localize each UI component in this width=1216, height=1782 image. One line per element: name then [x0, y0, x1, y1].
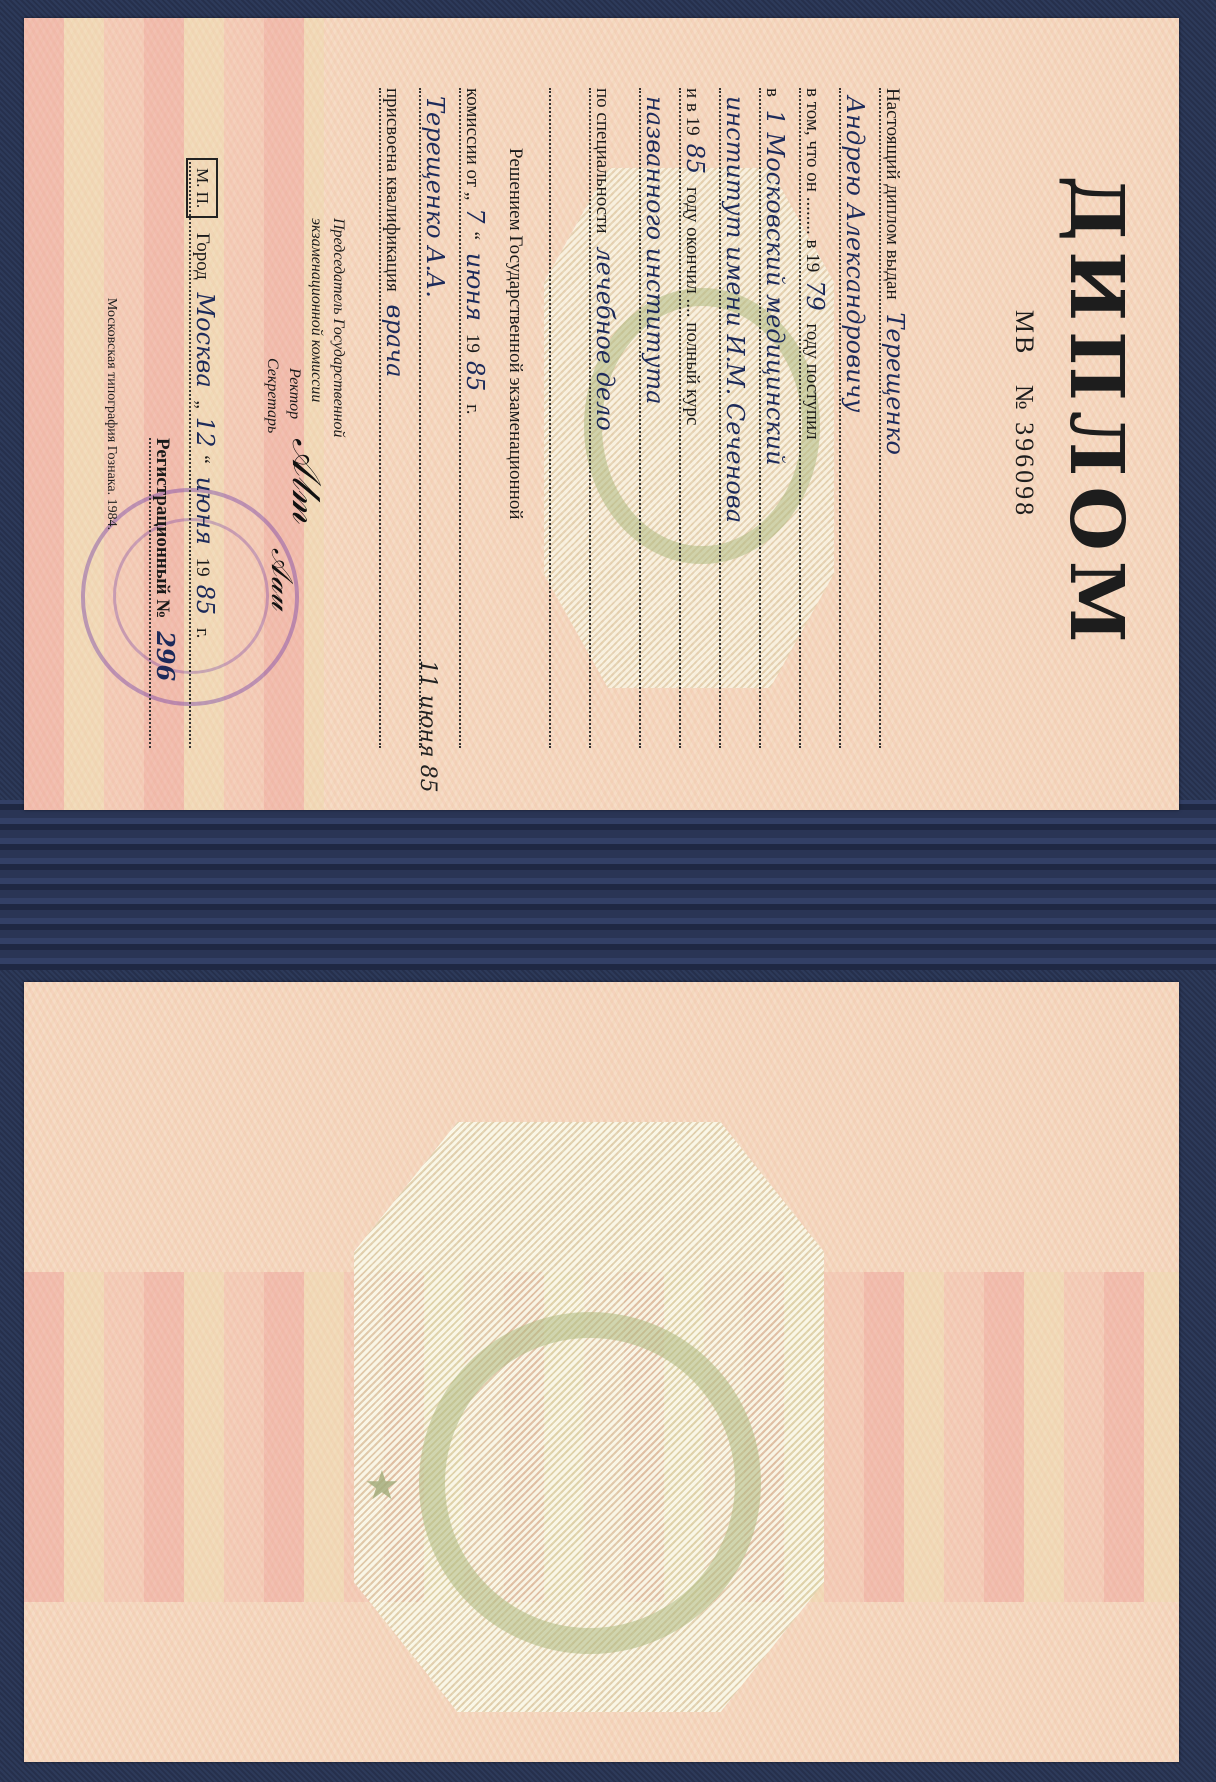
line-name: Андрею Александровичу [839, 88, 869, 748]
entry-year: 79 [801, 272, 829, 319]
city: Москва [191, 285, 219, 396]
label: и в 19 [682, 88, 703, 136]
diploma-number: 396098 [1010, 422, 1039, 518]
line-institution-2: институт имени И.М. Сеченова [719, 88, 749, 748]
qualification: врача [381, 297, 409, 386]
given-name: Андрею Александровичу [841, 88, 869, 420]
label: Город [192, 233, 213, 280]
label: г. [462, 404, 483, 414]
label: в 19 [802, 239, 823, 272]
issue-year: 85 [191, 577, 219, 624]
line-city-date: М. П. Город Москва „12“ июня 1985 г. [189, 158, 219, 748]
label: году окончил [682, 187, 703, 294]
chair-label-1: Председатель Государственной [327, 218, 349, 778]
recipient-short: Терещенко А.А. [421, 88, 449, 306]
line-entered: в том, что он ........ в 1979 году посту… [799, 88, 829, 748]
label: Регистрационный № [152, 438, 173, 618]
line-institution: в 1 Московский медицинский [759, 88, 789, 748]
surname: Терещенко [881, 304, 909, 463]
diploma-serial: МВ № 396098 [1009, 18, 1039, 810]
line-registration: Регистрационный № 296 [149, 438, 179, 748]
signature-chair: 𝒜𝓁𝓂 [283, 438, 329, 523]
label: г. [192, 628, 213, 638]
decision-month: июня [461, 245, 489, 329]
label: Настоящий диплом выдан [882, 88, 903, 300]
ussr-emblem-icon [419, 1312, 761, 1654]
star-icon: ★ [364, 1462, 400, 1509]
diploma-title: ДИПЛОМ [1053, 18, 1139, 810]
issue-day: 12 [191, 409, 219, 456]
label: Решением Государственной экзаменационной [505, 148, 526, 519]
printer-imprint: Московская типография Гознака. 1984. [103, 18, 119, 810]
line-issued-to: Настоящий диплом выдан Терещенко [879, 88, 909, 748]
secretary-label: Секретарь [261, 218, 283, 778]
number-sign: № [1010, 385, 1039, 413]
course-of: названного института [641, 88, 669, 412]
label: “ [462, 232, 483, 240]
line-recipient: Терещенко А.А. [419, 88, 449, 748]
line-specialty: по специальности лечебное дело [589, 88, 619, 748]
line-decision: Решением Государственной экзаменационной [501, 88, 529, 808]
decision-year: 85 [461, 353, 489, 400]
label: присвоена квалификация [382, 88, 403, 292]
line-blank [549, 88, 579, 748]
graduation-year: 85 [681, 136, 709, 183]
diploma-text-block: ДИПЛОМ МВ № 396098 Настоящий диплом выда… [24, 18, 1179, 810]
label: в том, что он [802, 88, 823, 192]
seal-place: М. П. [186, 158, 218, 218]
institution-name: институт имени И.М. Сеченова [721, 88, 749, 531]
label: году поступил [802, 324, 823, 440]
decision-day: 7 [461, 200, 489, 231]
line-commission-date: комиссии от „7“ июня 1985 г. [459, 88, 489, 748]
institution: 1 Московский медицинский [761, 102, 789, 474]
label: 19 [462, 334, 483, 353]
series: МВ [1010, 310, 1039, 356]
registration-number: 296 [151, 623, 180, 689]
margin-note: 11 июня 85 [415, 660, 440, 793]
label: в [762, 88, 783, 97]
signature-rector: 𝒜𝒶𝓊 [264, 548, 299, 610]
cover-spine [0, 800, 1216, 970]
label: 19 [192, 558, 213, 577]
line-course: названного института [639, 88, 669, 748]
line-qualification: присвоена квалификация врача [379, 88, 409, 748]
specialty: лечебное дело [591, 238, 619, 439]
label: по специальности [592, 88, 613, 234]
issue-month: июня [191, 469, 219, 553]
line-graduated: и в 1985 году окончил .... полный курс [679, 88, 709, 748]
diploma-left-page: ★ [24, 982, 1179, 1762]
label: комиссии от „ [462, 88, 483, 200]
label: полный курс [682, 322, 703, 425]
